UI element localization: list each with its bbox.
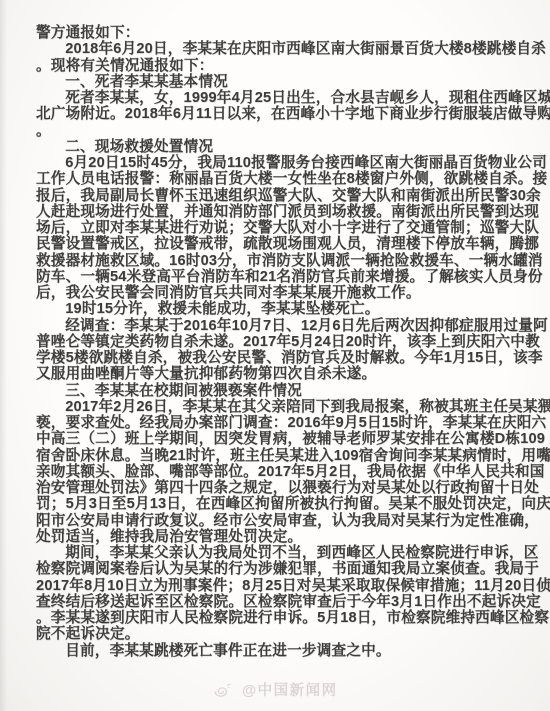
document-line: 救援器材施救区域。16时03分，市消防支队调派一辆抢险救援车、一辆水罐消 xyxy=(36,253,519,269)
document-line: 。 xyxy=(36,123,519,139)
document-line: 又服用曲唑酮片等大量抗抑郁药物第四次自杀未遂。 xyxy=(36,366,519,382)
document-line: 经调查：李某某于2016年10月7日、12月6日先后两次因抑郁症服用过量阿 xyxy=(36,318,519,334)
document-line: 防车、一辆54米登高平台消防车和21名消防官兵前来增援。了解核实人员身份 xyxy=(36,269,519,285)
document-line: 宿舍卧床休息。当晚21时许，班主任吴某进入109宿舍询问李某某病情时，用嘴 xyxy=(36,448,519,464)
document-line: 罚；5月3日至5月13日，在西峰区拘留所被执行拘留。吴某不服处罚决定，向庆 xyxy=(36,496,519,512)
document-line: 警方通报如下： xyxy=(36,25,519,41)
watermark: @中国新闻网 xyxy=(0,679,550,702)
document-line: 亲吻其额头、脸部、嘴部等部位。2017年5月2日，我局依据《中华人民共和国 xyxy=(36,464,519,480)
document-line: 学楼5楼欲跳楼自杀，被我公安民警、消防官兵及时解救。今年1月15日，该李 xyxy=(36,350,519,366)
china-news-logo-icon xyxy=(212,682,232,702)
document-line: 后，我公安民警会同消防官兵共同对李某某展开施救工作。 xyxy=(36,285,519,301)
document-line: 。现将有关情况通报如下： xyxy=(36,58,519,74)
document-line: 2018年6月20日，李某某在庆阳市西峰区南大街丽景百货大楼8楼跳楼自杀 xyxy=(36,41,519,57)
document-line: 检察院调阅案卷后认为吴某的行为涉嫌犯罪，书面通知我局立案侦查。我局于 xyxy=(36,561,519,577)
document-line: 中高三（二）班上学期间，因突发胃病，被辅导老师罗某安排在公寓楼D栋109 xyxy=(36,431,519,447)
document-line: 6月20日15时45分，我局110报警服务台接西峰区南大街丽晶百货物业公司 xyxy=(36,155,519,171)
document-line: 二、现场救援处置情况 xyxy=(36,139,519,155)
document-line: 报后，我局副局长曹怀玉迅速组织巡警大队、交警大队和南街派出所民警30余 xyxy=(36,188,519,204)
document-line: 。李某某遂到庆阳市人民检察院进行申诉。5月18日，市检察院维持西峰区检察 xyxy=(36,610,519,626)
document-body: 警方通报如下：2018年6月20日，李某某在庆阳市西峰区南大街丽景百货大楼8楼跳… xyxy=(36,25,519,659)
document-line: 查终结后移送起诉至区检察院。区检察院审查后于今年3月1日作出不起诉决定 xyxy=(36,594,519,610)
document-line: 处罚适当，维持我局治安管理处罚决定。 xyxy=(36,529,519,545)
photo-edge-shade xyxy=(0,0,7,711)
document-line: 2017年8月10日立为刑事案件；8月25日对吴某采取取保候审措施；11月20日… xyxy=(36,578,519,594)
document-line: 2017年2月26日，李某某在其父亲陪同下到我局报案，称被其班主任吴某猥 xyxy=(36,399,519,415)
document-line: 死者李某某，女，1999年4月25日出生，合水县吉岘乡人，现租住西峰区城 xyxy=(36,90,519,106)
document-line: 普唑仑等镇定类药物自杀未遂。2017年5月24日20时许，该李上到庆阳六中教 xyxy=(36,334,519,350)
document-line: 一、死者李某某基本情况 xyxy=(36,74,519,90)
document-line: 三、李某某在校期间被猥亵案件情况 xyxy=(36,383,519,399)
document-line: 场后，立即对李某某进行劝说；交警大队对小十字进行了交通管制；巡警大队 xyxy=(36,220,519,236)
document-line: 人赶赴现场进行处置，并通知消防部门派员到场救援。南街派出所民警到达现 xyxy=(36,204,519,220)
document-line: 亵，要求查处。经我局办案部门调查：2016年9月5日15时许，李某某在庆阳六 xyxy=(36,415,519,431)
document-line: 民警设置警戒区，拉设警戒带，疏散现场围观人员，清理楼下停放车辆，腾挪 xyxy=(36,236,519,252)
document-line: 阳市公安局申请行政复议。经市公安局审查，认为我局对吴某行为定性准确， xyxy=(36,513,519,529)
document-line: 19时15分许，救援未能成功，李某某坠楼死亡。 xyxy=(36,301,519,317)
watermark-text: @中国新闻网 xyxy=(242,683,338,699)
document-line: 院不起诉决定。 xyxy=(36,626,519,642)
document-line: 北广场附近。2018年6月11日以来，在西峰小十字地下商业步行街服装店做导购 xyxy=(36,106,519,122)
scanned-police-notice-page: 警方通报如下：2018年6月20日，李某某在庆阳市西峰区南大街丽景百货大楼8楼跳… xyxy=(0,0,550,711)
document-line: 期间，李某某父亲认为我局处罚不当，到西峰区人民检察院进行申诉，区 xyxy=(36,545,519,561)
document-line: 治安管理处罚法》第四十四条之规定，以猥亵行为对吴某处以行政拘留十日处 xyxy=(36,480,519,496)
document-line: 目前，李某某跳楼死亡事件正在进一步调查之中。 xyxy=(36,643,519,659)
document-line: 工作人员电话报警：称丽晶百货大楼一女性坐在8楼窗户外侧，欲跳楼自杀。接 xyxy=(36,171,519,187)
